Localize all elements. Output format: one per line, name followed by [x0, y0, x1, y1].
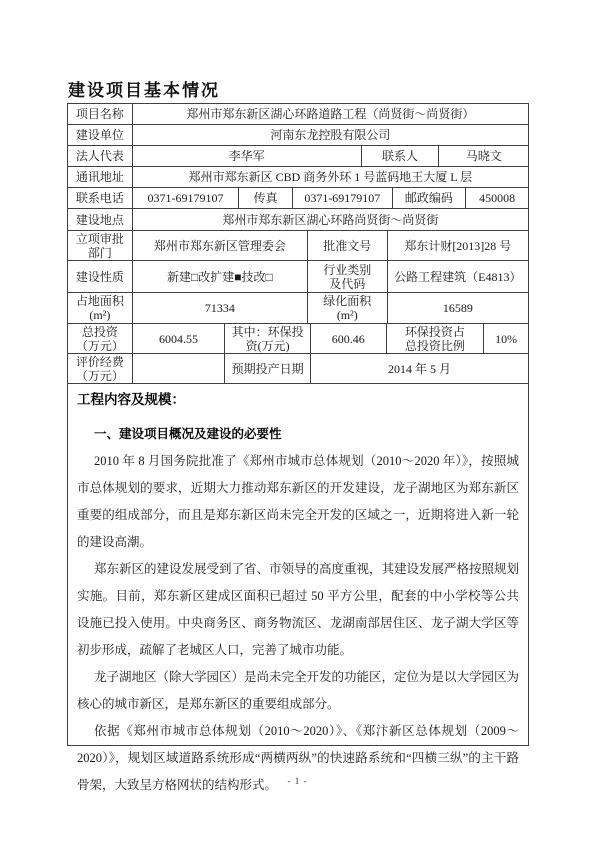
project-info-table: 项目名称 郑州市郑东新区湖心环路道路工程（尚贤街～尚贤街） 建设单位 河南东龙控… [67, 103, 529, 746]
project-name-value: 郑州市郑东新区湖心环路道路工程（尚贤街～尚贤街） [133, 104, 528, 124]
phone-label: 联系电话 [68, 188, 133, 208]
location-value: 郑州市郑东新区湖心环路尚贤街～尚贤街 [133, 209, 528, 230]
green-area-label: 绿化面积 (m²) [308, 293, 388, 323]
table-row-content: 工程内容及规模： 一、建设项目概况及建设的必要性 2010 年 8 月国务院批准… [68, 384, 528, 803]
table-row-phone: 联系电话 0371-69179107 传真 0371-69179107 邮政编码… [68, 188, 528, 209]
table-row-construction-unit: 建设单位 河南东龙控股有限公司 [68, 125, 528, 146]
fax-label: 传真 [239, 188, 293, 208]
production-date-label: 预期投产日期 [225, 354, 311, 383]
industry-label: 行业类别 及代码 [308, 261, 388, 292]
table-row-eval-fee: 评价经费 （万元） 预期投产日期 2014 年 5 月 [68, 354, 528, 384]
contact-label: 联系人 [362, 146, 440, 166]
table-row-project-name: 项目名称 郑州市郑东新区湖心环路道路工程（尚贤街～尚贤街） [68, 104, 528, 125]
content-header: 工程内容及规模： [77, 391, 519, 409]
paragraph: 依据《郑州市城市总体规划（2010～2020）》、《郑汴新区总体规划（2009～… [77, 718, 519, 799]
env-investment-value: 600.46 [311, 324, 387, 353]
page-title: 建设项目基本情况 [68, 76, 220, 101]
doc-no-value: 郑东计财[2013]28 号 [388, 231, 528, 260]
page-number: - 1 - [0, 776, 595, 786]
project-name-label: 项目名称 [68, 104, 133, 124]
table-row-approval: 立项审批 部门 郑州市郑东新区管理委会 批准文号 郑东计财[2013]28 号 [68, 231, 528, 261]
content-cell: 工程内容及规模： 一、建设项目概况及建设的必要性 2010 年 8 月国务院批准… [68, 384, 528, 803]
industry-value: 公路工程建筑（E4813） [388, 261, 528, 292]
address-label: 通讯地址 [68, 167, 133, 187]
table-row-area: 占地面积 (m²) 71334 绿化面积 (m²) 16589 [68, 293, 528, 324]
paragraph: 郑东新区的建设发展受到了省、市领导的高度重视，其建设发展严格按照规划实施。目前，… [77, 556, 519, 664]
production-date-value: 2014 年 5 月 [311, 354, 528, 383]
doc-no-label: 批准文号 [308, 231, 388, 260]
area-label: 占地面积 (m²) [68, 293, 133, 323]
env-ratio-label: 环保投资占 总投资比例 [387, 324, 485, 353]
approval-value: 郑州市郑东新区管理委会 [133, 231, 308, 260]
construction-unit-value: 河南东龙控股有限公司 [133, 125, 528, 145]
location-label: 建设地点 [68, 209, 133, 230]
table-row-location: 建设地点 郑州市郑东新区湖心环路尚贤街～尚贤街 [68, 209, 528, 231]
env-investment-label: 其中：环保投 资(万元) [225, 324, 311, 353]
postcode-value: 450008 [466, 188, 528, 208]
investment-value: 6004.55 [133, 324, 226, 353]
paragraph: 龙子湖地区（除大学园区）是尚未完全开发的功能区，定位为是以大学园区为核心的城市新… [77, 664, 519, 718]
section-title: 一、建设项目概况及建设的必要性 [77, 421, 519, 448]
legal-rep-label: 法人代表 [68, 146, 133, 166]
eval-fee-value [133, 354, 226, 383]
nature-label: 建设性质 [68, 261, 133, 292]
postcode-label: 邮政编码 [393, 188, 467, 208]
legal-rep-value: 李华军 [133, 146, 362, 166]
fax-value: 0371-69179107 [293, 188, 393, 208]
investment-label: 总投资 （万元） [68, 324, 133, 353]
phone-value: 0371-69179107 [133, 188, 240, 208]
construction-unit-label: 建设单位 [68, 125, 133, 145]
table-row-investment: 总投资 （万元） 6004.55 其中：环保投 资(万元) 600.46 环保投… [68, 324, 528, 354]
approval-label: 立项审批 部门 [68, 231, 133, 260]
document-page: 建设项目基本情况 项目名称 郑州市郑东新区湖心环路道路工程（尚贤街～尚贤街） 建… [0, 0, 595, 842]
paragraph: 2010 年 8 月国务院批准了《郑州市城市总体规划（2010～2020 年）》… [77, 448, 519, 556]
table-row-nature: 建设性质 新建□改扩建■技改□ 行业类别 及代码 公路工程建筑（E4813） [68, 261, 528, 293]
table-row-address: 通讯地址 郑州市郑东新区 CBD 商务外环 1 号蓝码地王大厦 L 层 [68, 167, 528, 188]
contact-value: 马晓文 [439, 146, 528, 166]
env-ratio-value: 10% [484, 324, 528, 353]
address-value: 郑州市郑东新区 CBD 商务外环 1 号蓝码地王大厦 L 层 [133, 167, 528, 187]
green-area-value: 16589 [388, 293, 528, 323]
nature-value: 新建□改扩建■技改□ [133, 261, 308, 292]
eval-fee-label: 评价经费 （万元） [68, 354, 133, 383]
table-row-legal-rep: 法人代表 李华军 联系人 马晓文 [68, 146, 528, 167]
area-value: 71334 [133, 293, 308, 323]
